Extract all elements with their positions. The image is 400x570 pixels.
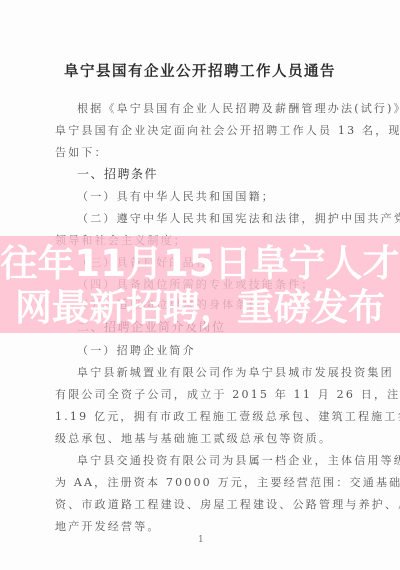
company-paragraph-line: 阜宁县交通投资有限公司为县属一档企业，主体信用等级 <box>77 452 377 468</box>
intro-line: 告如下： <box>55 144 355 160</box>
company-paragraph-line: 阜宁县新城置业有限公司作为阜宁县城市发展投资集团 <box>77 364 377 380</box>
page-number: 1 <box>198 535 204 545</box>
headline-line-2: 网最新招聘，重磅发布 <box>0 288 400 328</box>
company-paragraph-line: 资、市政道路工程建设、房屋工程建设、公路管理与养护、房 <box>55 496 355 512</box>
document-title: 阜宁县国有企业公开招聘工作人员通告 <box>0 60 400 81</box>
headline-line-1: 往年11月15日阜宁人才 <box>0 244 400 284</box>
condition-item: （一）具有中华人民共和国国籍； <box>77 188 377 204</box>
subsection-heading: （一）招聘企业简介 <box>77 342 377 358</box>
company-paragraph-line: 有限公司全资子公司，成立于 2015 年 11 月 26 日，注册资本 <box>55 386 355 402</box>
company-paragraph-line: 级总承包、地基与基础施工贰级总承包等资质。 <box>55 430 355 446</box>
company-paragraph-line: 为 AA，注册资本 70000 万元，主要经营范围：交通基础设施投 <box>55 474 355 490</box>
section-heading-conditions: 一、招聘条件 <box>77 165 377 182</box>
intro-line: 根据《阜宁县国有企业人民招聘及薪酬管理办法(试行)》, <box>77 100 377 116</box>
company-paragraph-line: 地产开发经营等。 <box>55 518 355 534</box>
company-paragraph-line: 1.19 亿元，拥有市政工程施工壹级总承包、建筑工程施工叁 <box>55 408 355 424</box>
intro-line: 阜宁县国有企业决定面向社会公开招聘工作人员 13 名，现通 <box>55 122 355 138</box>
condition-item: （二）遵守中华人民共和国宪法和法律，拥护中国共产党 <box>77 210 377 226</box>
